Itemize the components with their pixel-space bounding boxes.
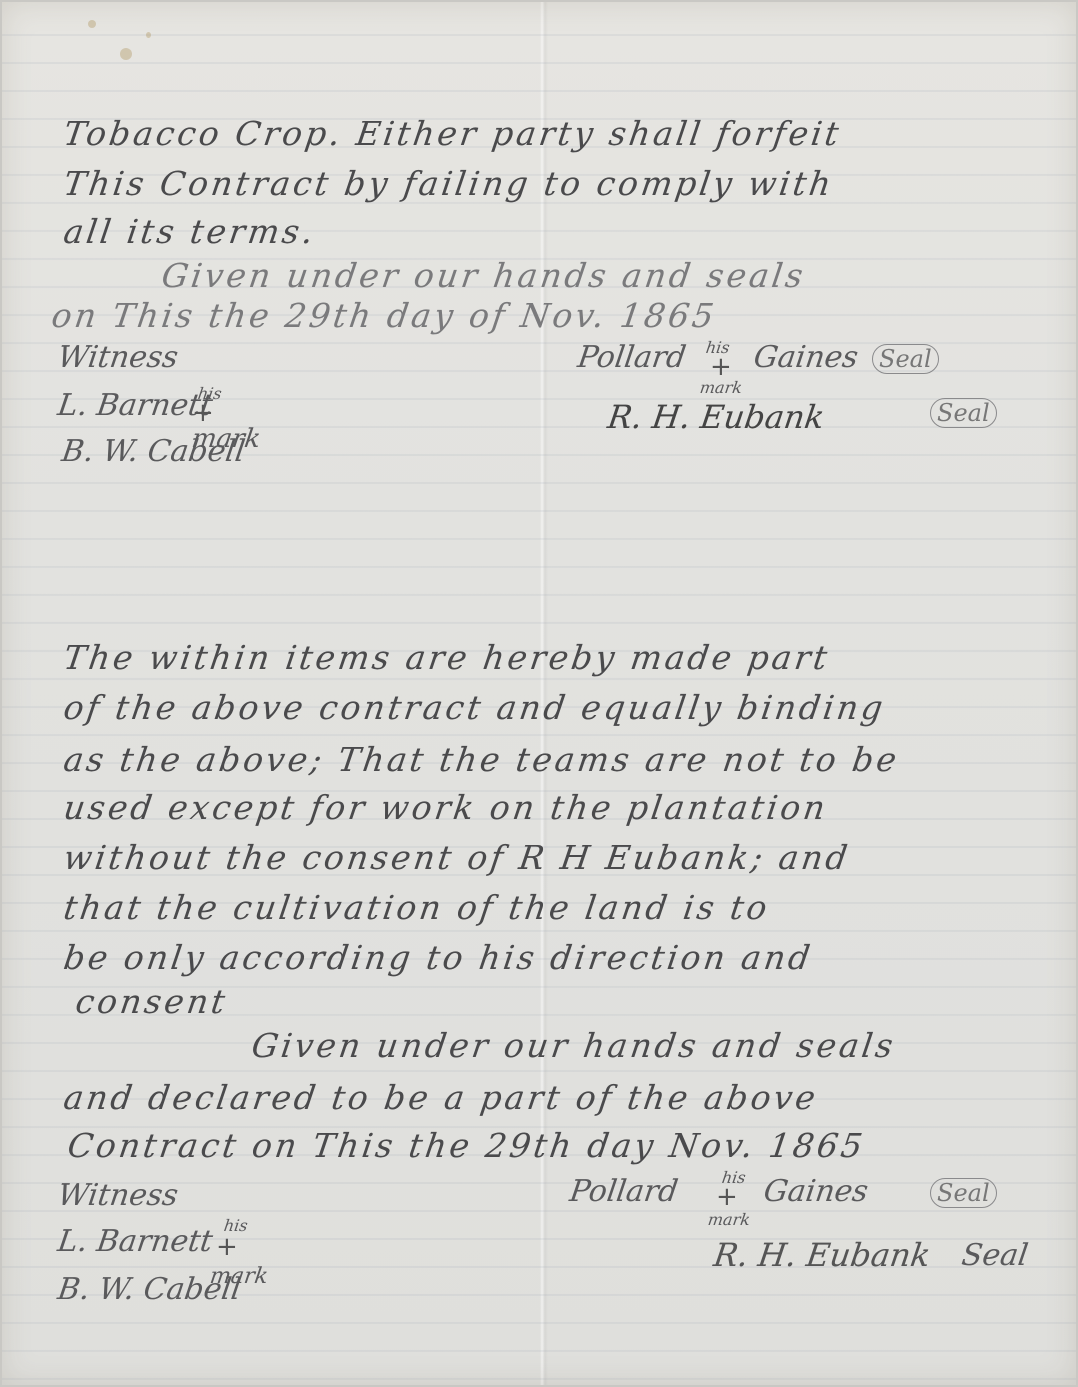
- seal-mark: Seal: [872, 344, 939, 374]
- signatory-name: R. H. Eubank: [605, 398, 827, 436]
- text-line: and declared to be a part of the above: [61, 1078, 821, 1117]
- mark-label: mark: [707, 1210, 752, 1229]
- text-line: Contract on This the 29th day Nov. 1865: [65, 1126, 868, 1165]
- signatory-last: Gaines: [752, 340, 861, 375]
- cross-mark: +: [216, 1232, 238, 1262]
- text-line: of the above contract and equally bindin…: [61, 688, 888, 727]
- text-line: all its terms.: [61, 212, 318, 251]
- signatory-first: Pollard: [576, 340, 689, 375]
- signatory-name: R. H. Eubank: [711, 1236, 933, 1274]
- text-line: used except for work on the plantation: [61, 788, 830, 827]
- text-line: on This the 29th day of Nov. 1865: [49, 296, 719, 335]
- witness-name: L. Barnett: [56, 388, 215, 423]
- text-line: consent: [73, 982, 230, 1021]
- text-line: that the cultivation of the land is to: [61, 888, 772, 927]
- seal-mark: Seal: [930, 1178, 997, 1208]
- document-page: Tobacco Crop. Either party shall forfeit…: [2, 2, 1076, 1385]
- text-line: without the consent of R H Eubank; and: [61, 838, 853, 877]
- stain: [146, 32, 151, 38]
- stain: [120, 48, 132, 60]
- mark-label: mark: [699, 378, 744, 397]
- seal-mark: Seal: [930, 398, 997, 428]
- text-line: as the above; That the teams are not to …: [61, 740, 902, 779]
- cross-mark: +: [716, 1182, 738, 1212]
- witness-name: L. Barnett: [56, 1224, 215, 1259]
- seal-mark: Seal: [960, 1238, 1031, 1273]
- text-line: Tobacco Crop. Either party shall forfeit: [61, 114, 844, 153]
- text-line: This Contract by failing to comply with: [61, 164, 836, 203]
- signatory-last: Gaines: [762, 1174, 871, 1209]
- witness-label: Witness: [56, 1178, 181, 1213]
- text-line: Given under our hands and seals: [249, 1026, 898, 1065]
- stain: [88, 20, 96, 28]
- mark-label: mark: [208, 1264, 269, 1289]
- witness-label: Witness: [56, 340, 181, 375]
- text-line: Given under our hands and seals: [159, 256, 808, 295]
- mark-label: mark: [190, 424, 263, 454]
- text-line: be only according to his direction and: [61, 938, 815, 977]
- signatory-first: Pollard: [568, 1174, 681, 1209]
- text-line: The within items are hereby made part: [61, 638, 832, 677]
